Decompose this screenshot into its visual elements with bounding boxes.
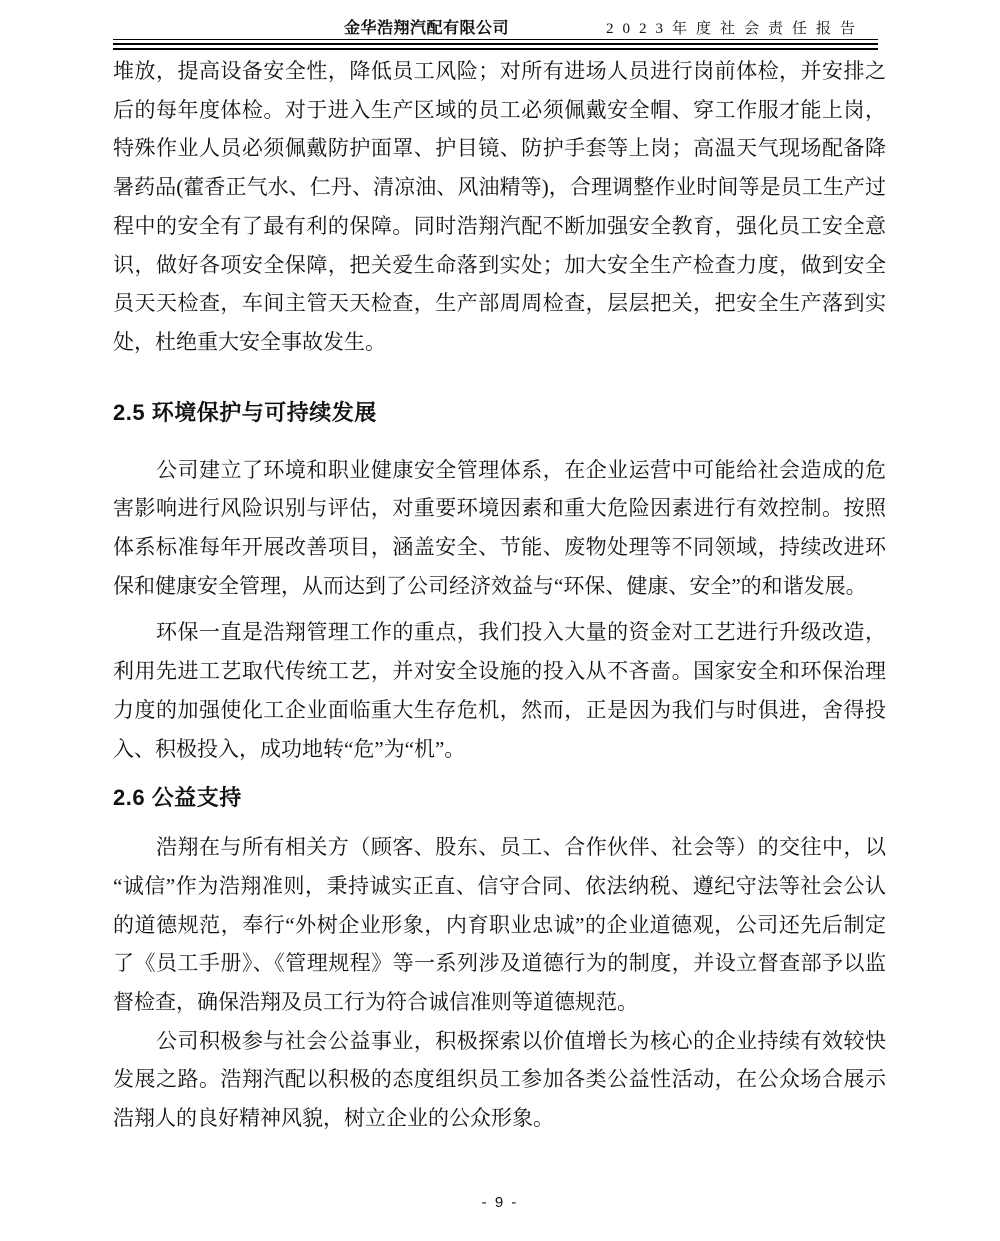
header-report-title: 2023年度社会责任报告 <box>606 17 864 38</box>
page-header: 金华浩翔汽配有限公司 2023年度社会责任报告 <box>113 0 878 50</box>
header-double-rule <box>113 43 878 50</box>
header-company-name: 金华浩翔汽配有限公司 <box>344 15 509 38</box>
paragraph-safety-measures: 堆放，提高设备安全性，降低员工风险；对所有进场人员进行岗前体检，并安排之后的每年… <box>113 52 886 362</box>
paragraph-ehs-system: 公司建立了环境和职业健康安全管理体系，在企业运营中可能给社会造成的危害影响进行风… <box>113 451 886 606</box>
paragraph-public-welfare-activities: 公司积极参与社会公益事业，积极探索以价值增长为核心的企业持续有效较快发展之路。浩… <box>113 1022 886 1138</box>
header-rule-thin: 金华浩翔汽配有限公司 2023年度社会责任报告 <box>113 0 878 40</box>
heading-2-6-public-welfare: 2.6 公益支持 <box>113 783 886 813</box>
page-number: - 9 - <box>482 1194 519 1211</box>
page-footer: - 9 - <box>0 1194 1000 1212</box>
document-page: 金华浩翔汽配有限公司 2023年度社会责任报告 堆放，提高设备安全性，降低员工风… <box>0 0 1000 1241</box>
paragraph-integrity-principles: 浩翔在与所有相关方（顾客、股东、员工、合作伙伴、社会等）的交往中，以“诚信”作为… <box>113 828 886 1022</box>
document-body: 堆放，提高设备安全性，降低员工风险；对所有进场人员进行岗前体检，并安排之后的每年… <box>113 52 886 1138</box>
paragraph-environment-investment: 环保一直是浩翔管理工作的重点，我们投入大量的资金对工艺进行升级改造，利用先进工艺… <box>113 613 886 768</box>
heading-2-5-environment: 2.5 环境保护与可持续发展 <box>113 398 886 428</box>
